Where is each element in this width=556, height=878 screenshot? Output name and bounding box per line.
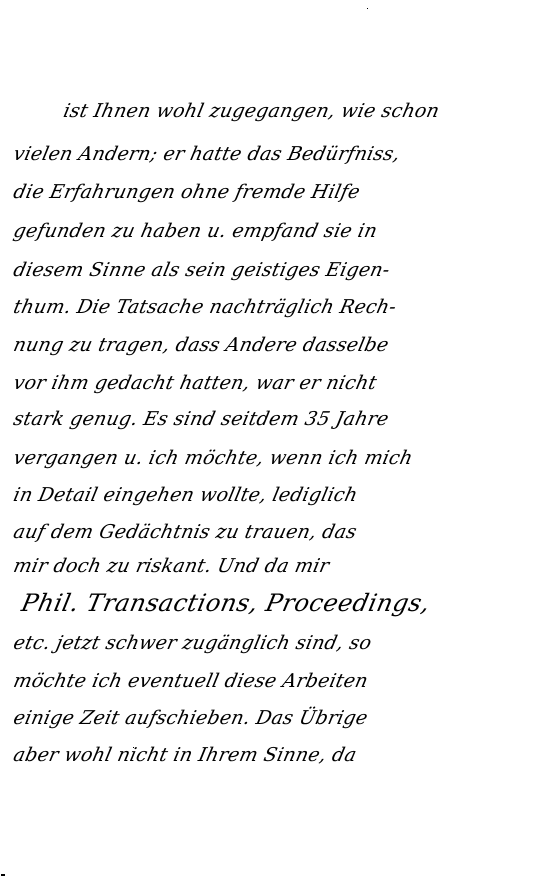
ink-speck: [133, 747, 134, 748]
manuscript-line: die Erfahrungen ohne fremde Hilfe: [10, 174, 556, 210]
manuscript-line: vielen Andern; er hatte das Bedürfniss,: [10, 136, 556, 172]
ink-speck: [367, 8, 368, 9]
manuscript-page: ist Ihnen wohl zugegangen, wie schon vie…: [0, 0, 556, 878]
manuscript-line: etc. jetzt schwer zugänglich sind, so: [10, 625, 556, 661]
scan-edge-mark: [1, 874, 5, 876]
manuscript-line: ist Ihnen wohl zugegangen, wie schon: [60, 93, 556, 129]
manuscript-line: vergangen u. ich möchte, wenn ich mich: [10, 440, 556, 476]
manuscript-line: möchte ich eventuell diese Arbeiten: [10, 663, 556, 699]
manuscript-line: aber wohl nicht in Ihrem Sinne, da: [10, 737, 556, 773]
manuscript-line: auf dem Gedächtnis zu trauen, das: [10, 514, 556, 550]
manuscript-line: vor ihm gedacht hatten, war er nicht: [10, 365, 556, 401]
manuscript-line: nung zu tragen, dass Andere dasselbe: [10, 327, 556, 363]
manuscript-line: diesem Sinne als sein geistiges Eigen-: [10, 252, 556, 288]
manuscript-line: gefunden zu haben u. empfand sie in: [10, 213, 556, 249]
manuscript-line: mir doch zu riskant. Und da mir: [10, 548, 556, 584]
manuscript-line: thum. Die Tatsache nachträglich Rech-: [10, 289, 556, 325]
manuscript-line: stark genug. Es sind seitdem 35 Jahre: [10, 401, 556, 437]
manuscript-line-latin: Phil. Transactions, Proceedings,: [18, 585, 556, 621]
manuscript-line: einige Zeit aufschieben. Das Übrige: [10, 700, 556, 736]
manuscript-line: in Detail eingehen wollte, lediglich: [10, 477, 556, 513]
